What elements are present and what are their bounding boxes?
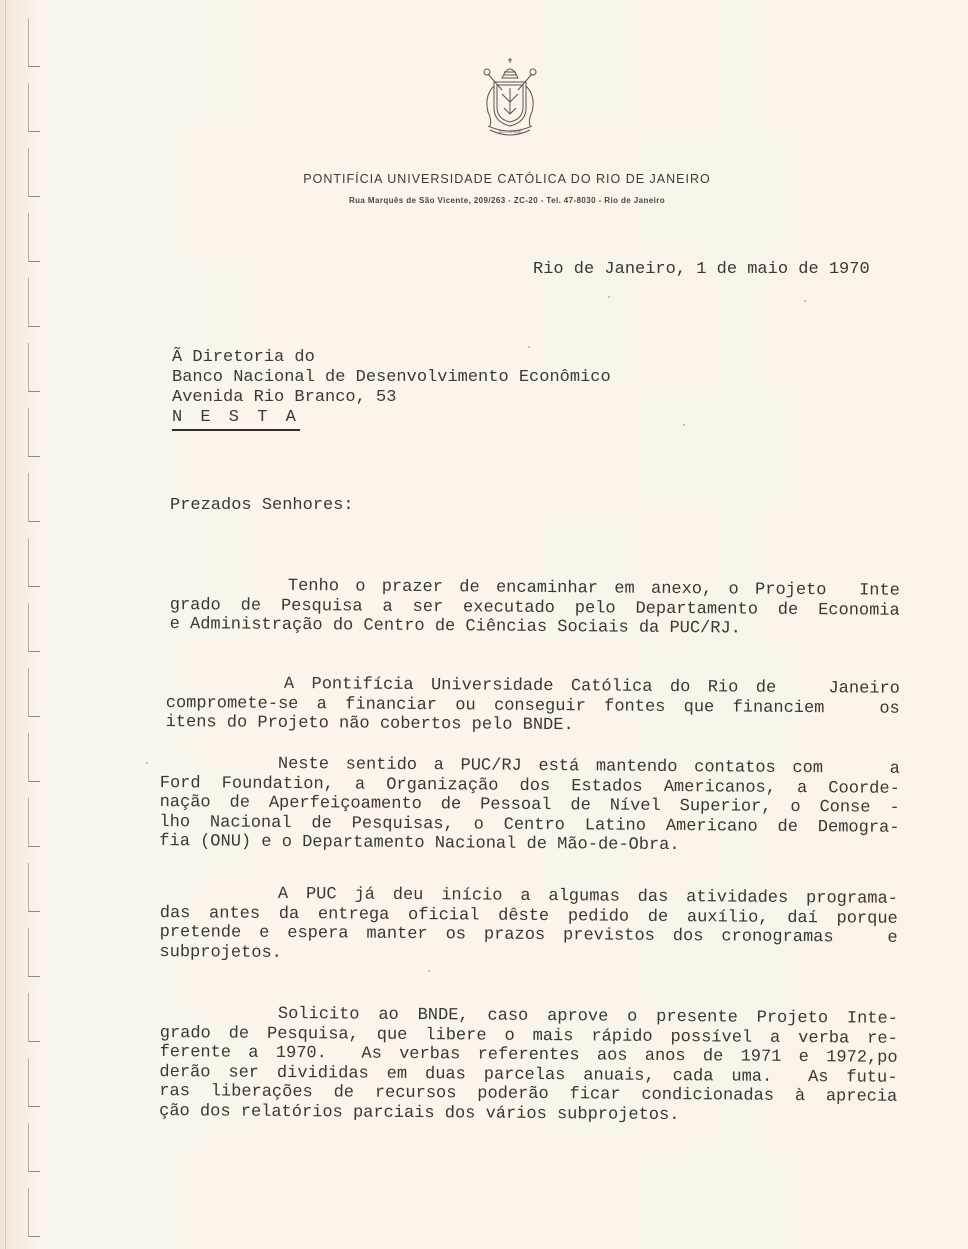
dateline: Rio de Janeiro, 1 de maio de 1970: [533, 260, 870, 279]
paper-speck: [146, 762, 148, 764]
paper-speck: [608, 296, 610, 298]
recipient-nesta: N E S T A: [172, 408, 300, 431]
recipient-line: Avenida Rio Branco, 53: [172, 388, 611, 408]
paper-speck: [804, 300, 806, 302]
body-paragraph: A Pontifícia Universidade Católica do Ri…: [166, 674, 900, 738]
paper-speck: [428, 970, 430, 972]
binding-tab: [28, 278, 40, 327]
binding-tab: [28, 928, 40, 977]
body-paragraph: A PUC já deu início a algumas das ativid…: [159, 884, 898, 968]
recipient-line: Banco Nacional de Desenvolvimento Econôm…: [172, 368, 611, 388]
binding-tab: [28, 863, 40, 912]
svg-text:ALIS GRAVE: ALIS GRAVE: [498, 129, 522, 134]
institution-address: Rua Marquês de São Vicente, 209/263 - ZC…: [0, 196, 968, 205]
binding-tab: [28, 473, 40, 522]
recipient-line: Ã Diretoria do: [172, 348, 611, 368]
paper-speck: [683, 424, 685, 426]
binding-tab: [28, 408, 40, 457]
page-edge: [5, 0, 6, 1249]
recipient-block: Ã Diretoria do Banco Nacional de Desenvo…: [172, 348, 611, 431]
binding-tab: [28, 603, 40, 652]
university-coat-of-arms-icon: ALIS GRAVE: [474, 56, 546, 138]
institution-name: PONTIFÍCIA UNIVERSIDADE CATÓLICA DO RIO …: [0, 172, 968, 186]
body-paragraph: Solicito ao BNDE, caso aprove o presente…: [159, 1004, 898, 1127]
paper-speck: [528, 346, 530, 348]
spiral-binding-margin: [0, 0, 50, 1249]
binding-tab: [28, 343, 40, 392]
binding-tab: [28, 18, 40, 67]
binding-tab: [28, 798, 40, 847]
binding-tab: [28, 1123, 40, 1172]
binding-tab: [28, 538, 40, 587]
salutation: Prezados Senhores:: [170, 496, 354, 515]
body-paragraph: Neste sentido a PUC/RJ está mantendo con…: [159, 754, 900, 857]
binding-tab: [28, 83, 40, 132]
body-paragraph: Tenho o prazer de encaminhar em anexo, o…: [170, 576, 900, 640]
binding-tab: [28, 1188, 40, 1237]
binding-tab: [28, 733, 40, 782]
binding-tab: [28, 1058, 40, 1107]
binding-tab: [28, 993, 40, 1042]
binding-tab: [28, 213, 40, 262]
letter-page: ALIS GRAVE PONTIFÍCIA UNIVERSIDADE CATÓL…: [0, 0, 968, 1249]
binding-tab: [28, 668, 40, 717]
